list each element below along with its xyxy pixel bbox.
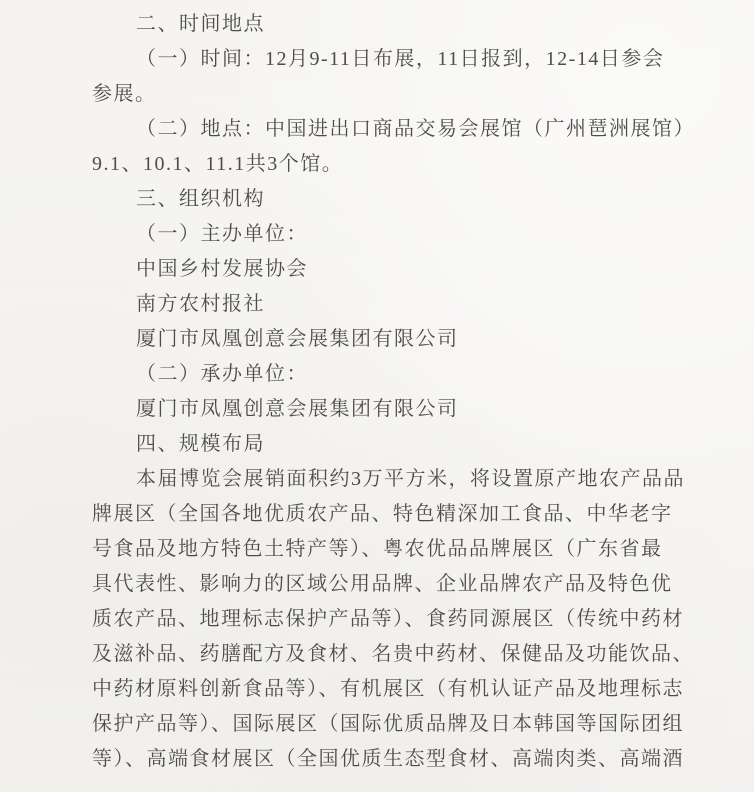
text-line-location-continuation: 9.1、10.1、11.1共3个馆。 [92, 147, 754, 182]
text-line-organizer-unit-1: 厦门市凤凰创意会展集团有限公司 [92, 392, 754, 427]
subheading-organizer-units: （二）承办单位： [92, 357, 754, 392]
text-line-scale-paragraph-3: 号食品及地方特色土特产等）、粤农优品品牌展区（广东省最 [92, 532, 754, 567]
text-line-scale-paragraph-8: 保护产品等）、国际展区（国际优质品牌及日本韩国等国际团组 [92, 707, 754, 742]
text-line-scale-paragraph-6: 及滋补品、药膳配方及食材、名贵中药材、保健品及功能饮品、 [92, 637, 754, 672]
text-line-scale-paragraph-7: 中药材原料创新食品等）、有机展区（有机认证产品及地理标志 [92, 672, 754, 707]
heading-section-three-organization: 三、组织机构 [92, 182, 754, 217]
text-line-host-unit-1: 中国乡村发展协会 [92, 252, 754, 287]
heading-section-four-scale-layout: 四、规模布局 [92, 427, 754, 462]
text-line-scale-paragraph-2: 牌展区（全国各地优质农产品、特色精深加工食品、中华老字 [92, 497, 754, 532]
heading-section-two-time-location: 二、时间地点 [92, 7, 754, 42]
document-page: 二、时间地点 （一）时间：12月9-11日布展，11日报到，12-14日参会 参… [0, 0, 754, 792]
text-line-scale-paragraph-4: 具代表性、影响力的区域公用品牌、企业品牌农产品及特色优 [92, 567, 754, 602]
text-line-location: （二）地点：中国进出口商品交易会展馆（广州琶洲展馆） [92, 112, 754, 147]
text-line-scale-paragraph-9: 等）、高端食材展区（全国优质生态型食材、高端肉类、高端酒 [92, 742, 754, 777]
text-line-time: （一）时间：12月9-11日布展，11日报到，12-14日参会 [92, 42, 754, 77]
text-line-host-unit-2: 南方农村报社 [92, 287, 754, 322]
text-line-time-continuation: 参展。 [92, 77, 754, 112]
text-line-scale-paragraph-5: 质农产品、地理标志保护产品等）、食药同源展区（传统中药材 [92, 602, 754, 637]
text-line-scale-paragraph-1: 本届博览会展销面积约3万平方米，将设置原产地农产品品 [92, 462, 754, 497]
subheading-host-units: （一）主办单位： [92, 217, 754, 252]
text-line-host-unit-3: 厦门市凤凰创意会展集团有限公司 [92, 322, 754, 357]
